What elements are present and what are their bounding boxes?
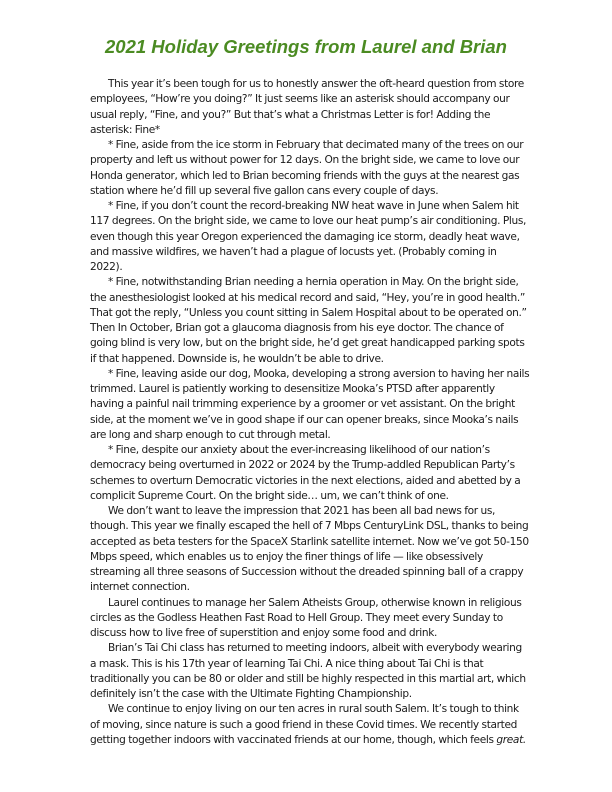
paragraph-atheists-group: Laurel continues to manage her Salem Ath… — [90, 596, 530, 642]
paragraph-ice-storm: * Fine, aside from the ice storm in Febr… — [90, 138, 530, 199]
paragraph-rural-living-text: We continue to enjoy living on our ten a… — [90, 703, 519, 746]
letter-title: 2021 Holiday Greetings from Laurel and B… — [0, 36, 612, 58]
paragraph-heat-wave: * Fine, if you don’t count the record-br… — [90, 199, 530, 275]
paragraph-intro: This year it’s been tough for us to hone… — [90, 77, 530, 138]
emphasis-great: great. — [496, 734, 526, 746]
paragraph-tai-chi: Brian’s Tai Chi class has returned to me… — [90, 641, 530, 702]
letter-body: This year it’s been tough for us to hone… — [90, 77, 530, 748]
paragraph-health: * Fine, notwithstanding Brian needing a … — [90, 275, 530, 367]
letter-page: 2021 Holiday Greetings from Laurel and B… — [0, 0, 612, 792]
paragraph-dog: * Fine, leaving aside our dog, Mooka, de… — [90, 367, 530, 443]
paragraph-rural-living: We continue to enjoy living on our ten a… — [90, 702, 530, 748]
paragraph-democracy: * Fine, despite our anxiety about the ev… — [90, 443, 530, 504]
paragraph-internet: We don’t want to leave the impression th… — [90, 504, 530, 596]
